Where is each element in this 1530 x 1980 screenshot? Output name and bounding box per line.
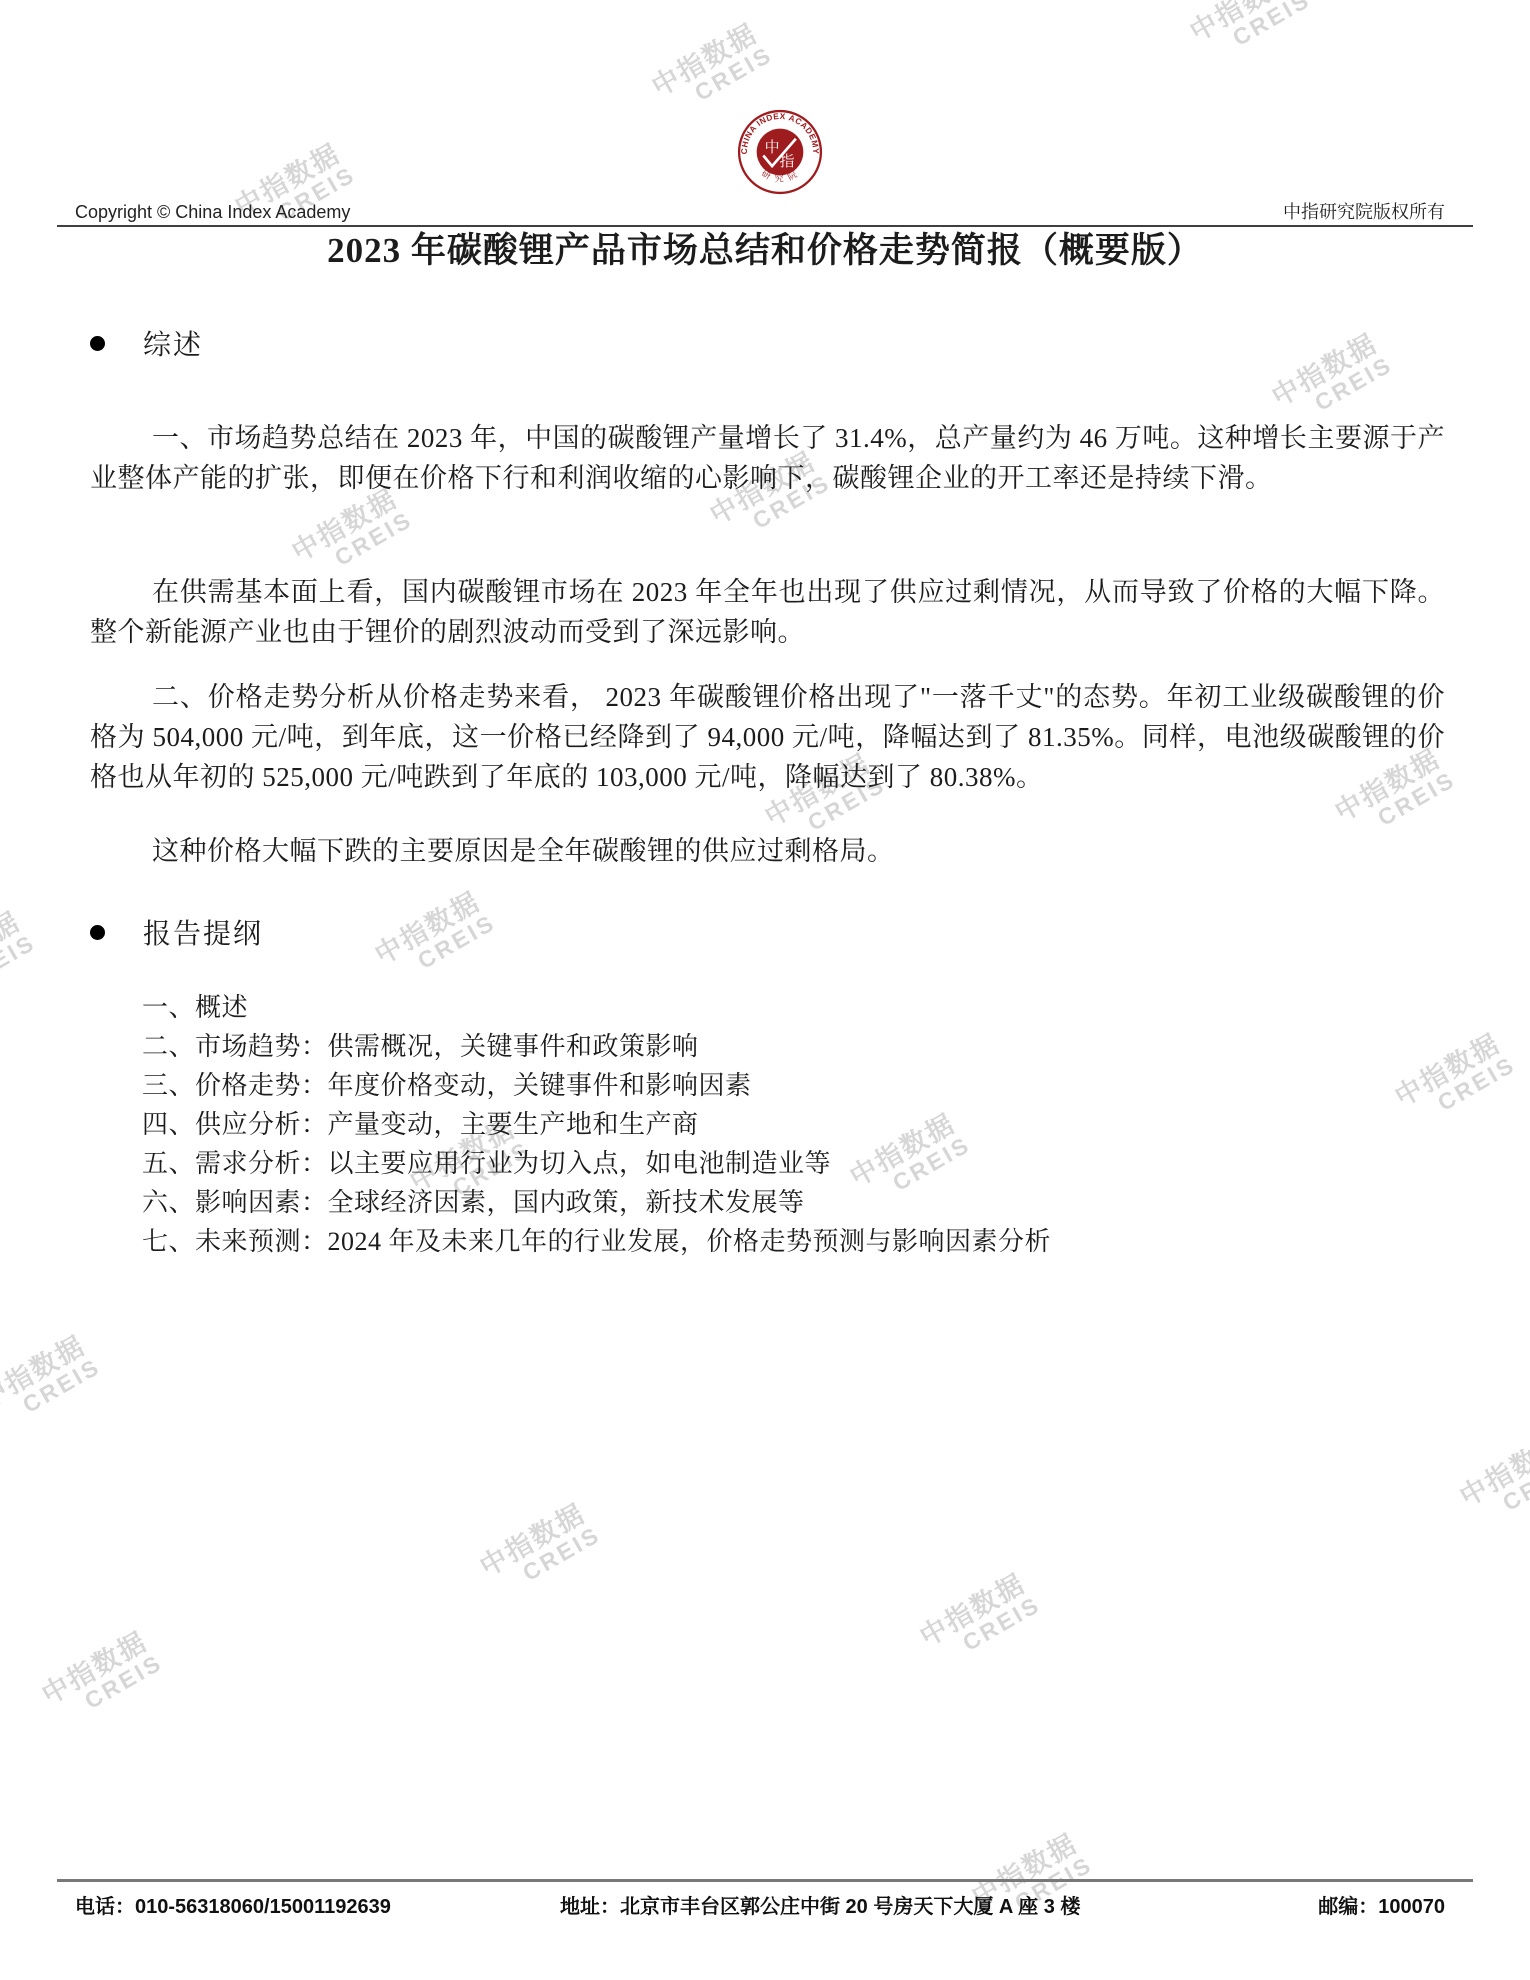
china-index-academy-seal-logo: CHINA INDEX ACADEMY 研 究 院 中 指	[736, 108, 824, 196]
footer-phone-value: 010-56318060/15001192639	[135, 1896, 391, 1918]
section-heading-overview: 综述	[90, 323, 203, 363]
overview-paragraph-2: 在供需基本面上看，国内碳酸锂市场在 2023 年全年也出现了供应过剩情况，从而导…	[90, 572, 1445, 652]
bullet-dot-icon	[90, 925, 105, 940]
footer-address: 地址：北京市丰台区郭公庄中街 20 号房天下大厦 A 座 3 楼	[560, 1894, 1080, 1920]
overview-heading-label: 综述	[143, 323, 203, 363]
footer-postal-label: 邮编：	[1318, 1896, 1378, 1918]
copyright-right-text: 中指研究院版权所有	[1283, 202, 1445, 222]
outline-item: 七、未来预测：2024 年及未来几年的行业发展，价格走势预测与影响因素分析	[142, 1222, 1442, 1261]
outline-item: 四、供应分析：产量变动，主要生产地和生产商	[142, 1105, 1442, 1144]
page-content: CHINA INDEX ACADEMY 研 究 院 中 指 Copyright …	[0, 0, 1530, 1980]
overview-paragraph-1: 一、市场趋势总结在 2023 年，中国的碳酸锂产量增长了 31.4%，总产量约为…	[90, 418, 1445, 498]
page-title: 2023 年碳酸锂产品市场总结和价格走势简报（概要版）	[0, 232, 1530, 270]
footer: 电话：010-56318060/15001192639 地址：北京市丰台区郭公庄…	[0, 1894, 1530, 1924]
footer-address-label: 地址：	[560, 1896, 620, 1918]
document-page: 中指数据CREIS中指数据CREIS中指数据CREIS中指数据CREIS中指数据…	[0, 0, 1530, 1980]
footer-postal: 邮编：100070	[1318, 1894, 1445, 1920]
copyright-row: Copyright © China Index Academy 中指研究院版权所…	[75, 202, 1445, 222]
outline-item: 三、价格走势：年度价格变动，关键事件和影响因素	[142, 1066, 1442, 1105]
overview-paragraph-3: 二、价格走势分析从价格走势来看， 2023 年碳酸锂价格出现了"一落千丈"的态势…	[90, 677, 1445, 797]
outline-item: 六、影响因素：全球经济因素，国内政策，新技术发展等	[142, 1183, 1442, 1222]
seal-char-zhong: 中	[765, 139, 780, 156]
overview-paragraph-4: 这种价格大幅下跌的主要原因是全年碳酸锂的供应过剩格局。	[90, 831, 1445, 871]
footer-address-value: 北京市丰台区郭公庄中街 20 号房天下大厦 A 座 3 楼	[620, 1896, 1080, 1918]
section-heading-outline: 报告提纲	[90, 912, 263, 952]
outline-item: 一、概述	[142, 988, 1442, 1027]
outline-list: 一、概述二、市场趋势：供需概况，关键事件和政策影响三、价格走势：年度价格变动，关…	[142, 988, 1442, 1261]
outline-item: 五、需求分析：以主要应用行业为切入点，如电池制造业等	[142, 1144, 1442, 1183]
copyright-left-text: Copyright © China Index Academy	[75, 202, 350, 222]
outline-item: 二、市场趋势：供需概况，关键事件和政策影响	[142, 1027, 1442, 1066]
header-divider-line	[57, 225, 1473, 227]
outline-heading-label: 报告提纲	[143, 912, 263, 952]
footer-divider-line	[57, 1879, 1473, 1882]
footer-postal-value: 100070	[1378, 1896, 1445, 1918]
seal-char-zhi: 指	[780, 153, 795, 170]
footer-phone-label: 电话：	[75, 1896, 135, 1918]
footer-phone: 电话：010-56318060/15001192639	[75, 1894, 391, 1920]
bullet-dot-icon	[90, 336, 105, 351]
